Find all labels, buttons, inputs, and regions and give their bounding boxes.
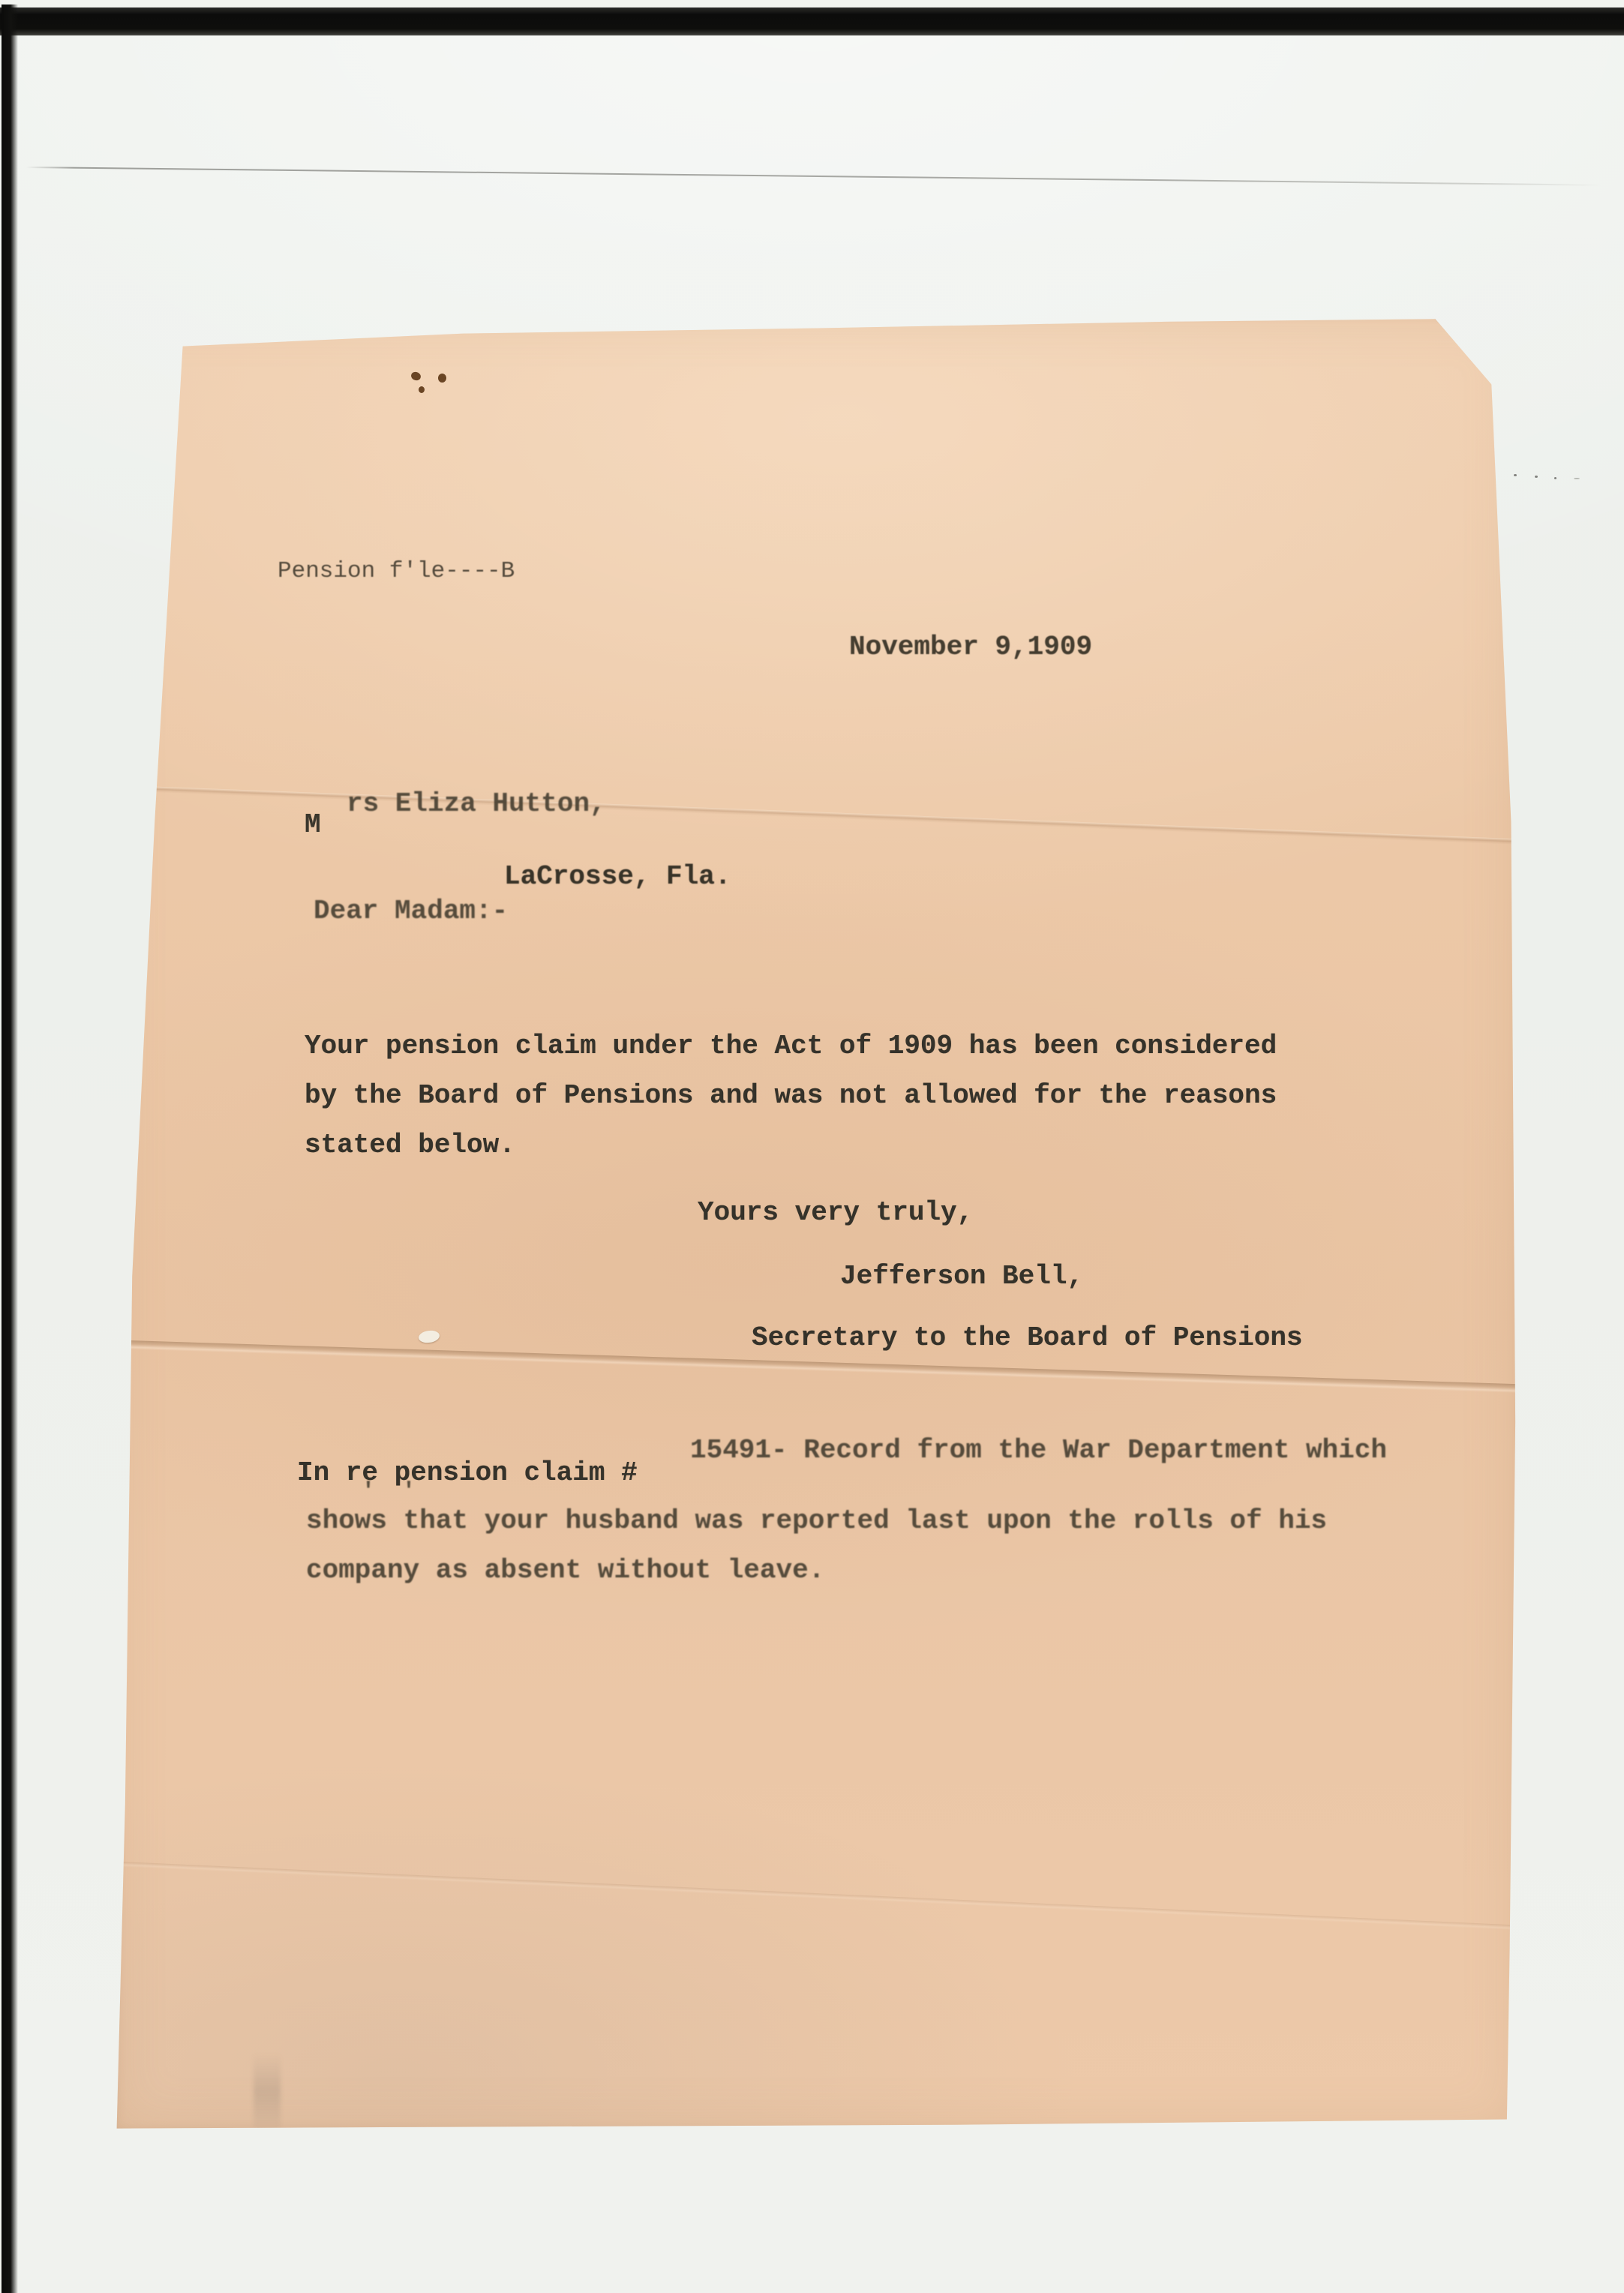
fold-crease-top (105, 785, 1550, 846)
ink-spot (438, 374, 446, 383)
addressee-place: LaCrosse, Fla. (504, 863, 731, 890)
body-line-2: by the Board of Pensions and was not all… (305, 1082, 1277, 1109)
background-speck (1574, 478, 1580, 479)
ink-spot (419, 386, 425, 393)
scanner-top-edge (0, 8, 1624, 36)
letter-paper: Pension f'le----B November 9,1909 rs Eli… (113, 314, 1517, 2130)
scanner-left-edge (2, 5, 18, 2293)
background-speck (1535, 476, 1538, 478)
addressee-name: rs Eliza Hutton, (347, 791, 606, 818)
date-line: November 9,1909 (849, 634, 1092, 661)
paper-chip (418, 1329, 440, 1344)
reason-line-2: shows that your husband was reported las… (306, 1508, 1327, 1535)
paper-smudge (254, 2054, 281, 2129)
scan-hairline (26, 167, 1601, 186)
ink-spot (410, 371, 422, 382)
background-speck (1514, 474, 1517, 476)
stray-type-marks: ' ' (362, 1481, 416, 1503)
addressee-prefix: M (305, 812, 321, 839)
scan-page: Pension f'le----B November 9,1909 rs Eli… (0, 0, 1624, 2293)
file-reference-line: Pension f'le----B (278, 560, 515, 583)
body-line-3: stated below. (305, 1132, 515, 1159)
background-speck (1554, 477, 1556, 479)
body-line-1: Your pension claim under the Act of 1909… (305, 1033, 1277, 1060)
closing-line: Yours very truly, (698, 1199, 973, 1226)
signature-title: Secretary to the Board of Pensions (752, 1325, 1303, 1352)
fold-crease-bottom (105, 1861, 1550, 1931)
signature-name: Jefferson Bell, (840, 1263, 1083, 1290)
in-re-label: In re pension claim # (297, 1460, 638, 1487)
claim-number-line: 15491- Record from the War Department wh… (690, 1437, 1387, 1464)
salutation: Dear Madam:- (314, 898, 508, 925)
folded-corner-shadow (1433, 317, 1499, 392)
reason-line-3: company as absent without leave. (306, 1557, 824, 1584)
